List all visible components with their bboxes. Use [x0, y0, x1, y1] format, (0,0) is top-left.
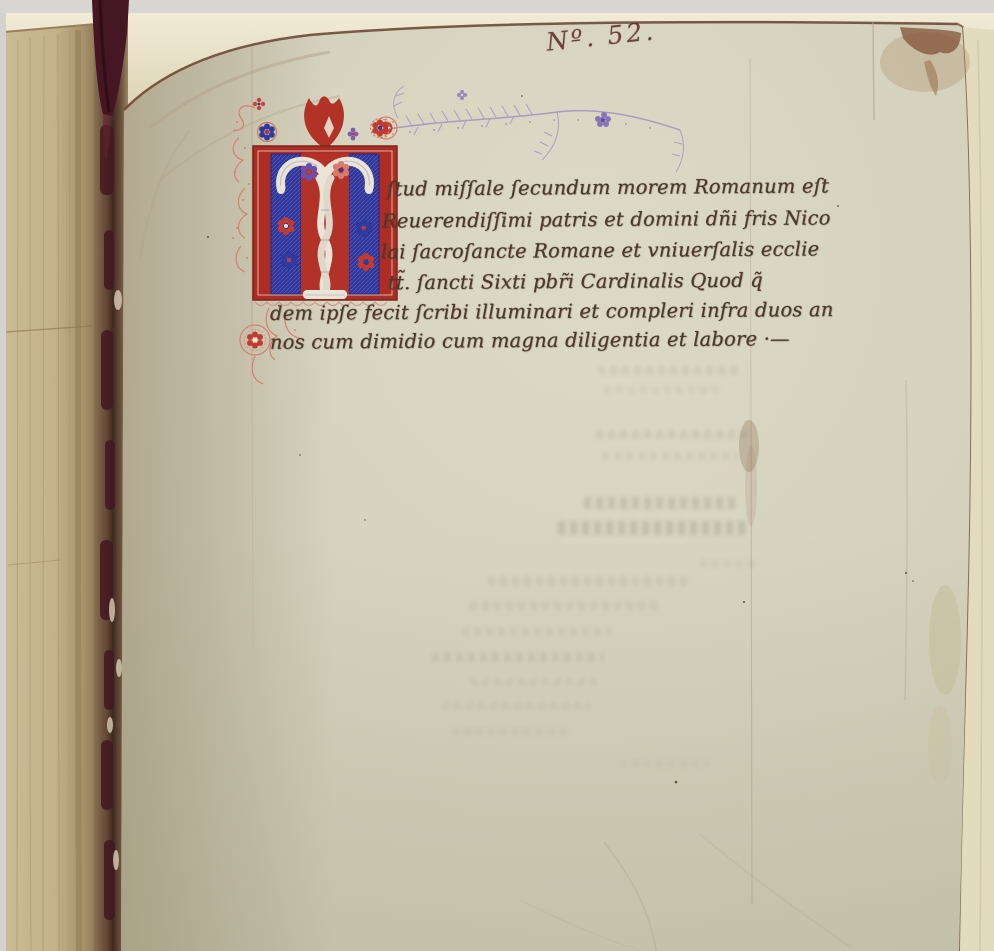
inscription-line-5: dem ipſe fecit ſcribi illuminari et comp…: [270, 298, 834, 325]
inscription-line-3: lai ſacroſancte Romane et vniuerſalis ec…: [381, 237, 820, 263]
inscription-line-2: Reuerendiſſimi patris et domini dñi fris…: [382, 206, 831, 232]
photo-top-strip: [0, 0, 994, 13]
ink-smudge-faint: [745, 446, 757, 526]
crown-ornament: [304, 96, 344, 150]
show-through-line: [470, 601, 658, 610]
show-through-line: [584, 497, 736, 509]
show-through-line: [442, 702, 590, 710]
show-through-line: [470, 678, 600, 686]
ring-rosette: [240, 325, 270, 355]
show-through-line: [602, 452, 738, 460]
left-page-stub: [4, 24, 96, 951]
show-through-line: [462, 627, 612, 636]
show-through-line: [620, 760, 710, 768]
show-through-line: [432, 652, 604, 662]
show-through-line: [700, 560, 760, 568]
show-through-line: [596, 430, 748, 439]
show-through-line: [452, 728, 570, 736]
inscription-line-4: tt̃. ſancti Sixti pbr̃i Cardinalis Quod …: [388, 269, 763, 295]
vine-purple-flower: [457, 90, 611, 127]
edge-discoloration: [929, 585, 961, 695]
show-through-line: [558, 521, 748, 535]
inscription-line-1: ſtud miſſale ſecundum morem Romanum eſt: [387, 174, 829, 200]
inscription-line-6: nos cum dimidio cum magna diligentia et …: [270, 327, 790, 354]
initial-panel: [253, 146, 397, 306]
edge-discoloration-2: [928, 705, 952, 785]
show-through-line: [488, 576, 688, 586]
show-through-line: [598, 366, 738, 375]
photo-left-strip: [0, 13, 6, 951]
show-through-line: [604, 386, 722, 394]
manuscript-photo: Nº. 52. I ſtud miſſale ſecundum morem Ro…: [0, 0, 994, 951]
